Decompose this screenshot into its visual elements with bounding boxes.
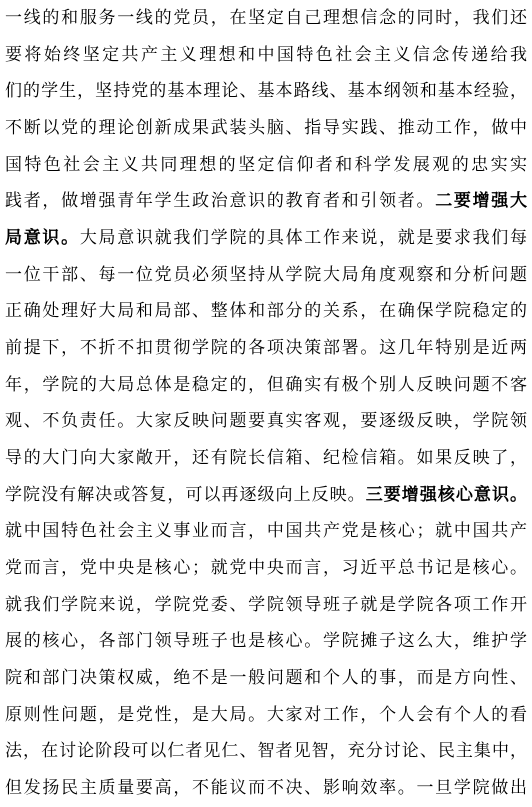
- text-segment: 大局意识就我们学院的具体工作来说，就是要求我们每: [80, 228, 527, 247]
- text-segment: 学院没有解决或答复，可以再逐级向上反映。: [5, 485, 366, 504]
- text-line: 们的学生，坚持党的基本理论、基本路线、基本纲领和基本经验，: [5, 73, 527, 110]
- text-segment: 践者，做增强青年学生政治意识的教育者和引领者。: [5, 191, 435, 210]
- text-line: 前提下，不折不扣贯彻学院的各项决策部署。这几年特别是近两: [5, 330, 527, 367]
- text-segment: 导的大门向大家敞开，还有院长信箱、纪检信箱。如果反映了，: [5, 448, 527, 467]
- text-segment: 原则性问题，是党性，是大局。大家对工作，个人会有个人的看: [5, 705, 527, 724]
- text-line: 局意识。大局意识就我们学院的具体工作来说，就是要求我们每: [5, 220, 527, 257]
- text-line: 要将始终坚定共产主义理想和中国特色社会主义信念传递给我: [5, 37, 527, 74]
- text-line: 一位干部、每一位党员必须坚持从学院大局角度观察和分析问题: [5, 257, 527, 294]
- text-line: 院和部门决策权威，绝不是一般问题和个人的事，而是方向性、: [5, 660, 527, 697]
- text-segment: 不断以党的理论创新成果武装头脑、指导实践、推动工作，做中: [5, 118, 527, 137]
- text-line: 党而言，党中央是核心；就党中央而言，习近平总书记是核心。: [5, 550, 527, 587]
- text-segment: 一线的和服务一线的党员，在坚定自己理想信念的同时，我们还: [5, 8, 527, 27]
- text-line: 原则性问题，是党性，是大局。大家对工作，个人会有个人的看: [5, 697, 527, 734]
- text-segment: 院和部门决策权威，绝不是一般问题和个人的事，而是方向性、: [5, 668, 527, 687]
- text-segment: 们的学生，坚持党的基本理论、基本路线、基本纲领和基本经验，: [5, 81, 527, 100]
- bold-text-segment: 二要增强大: [435, 191, 527, 210]
- text-segment: 党而言，党中央是核心；就党中央而言，习近平总书记是核心。: [5, 558, 527, 577]
- text-segment: 要将始终坚定共产主义理想和中国特色社会主义信念传递给我: [5, 45, 527, 64]
- text-line: 就中国特色社会主义事业而言，中国共产党是核心；就中国共产: [5, 513, 527, 550]
- text-segment: 法，在讨论阶段可以仁者见仁、智者见智，充分讨论、民主集中，: [5, 741, 527, 760]
- text-line: 导的大门向大家敞开，还有院长信箱、纪检信箱。如果反映了，: [5, 440, 527, 477]
- text-segment: 展的核心，各部门领导班子也是核心。学院摊子这么大，维护学: [5, 631, 527, 650]
- text-line: 不断以党的理论创新成果武装头脑、指导实践、推动工作，做中: [5, 110, 527, 147]
- text-segment: 前提下，不折不扣贯彻学院的各项决策部署。这几年特别是近两: [5, 338, 527, 357]
- text-line: 国特色社会主义共同理想的坚定信仰者和科学发展观的忠实实: [5, 147, 527, 184]
- text-line: 观、不负责任。大家反映问题要真实客观，要逐级反映，学院领: [5, 403, 527, 440]
- text-line: 就我们学院来说，学院党委、学院领导班子就是学院各项工作开: [5, 587, 527, 624]
- document-page: 一线的和服务一线的党员，在坚定自己理想信念的同时，我们还要将始终坚定共产主义理想…: [0, 0, 532, 807]
- text-segment: 但发扬民主质量要高，不能议而不决、影响效率。一旦学院做出: [5, 778, 527, 797]
- text-segment: 正确处理好大局和局部、整体和部分的关系，在确保学院稳定的: [5, 301, 527, 320]
- text-segment: 年，学院的大局总体是稳定的，但确实有极个别人反映问题不客: [5, 375, 527, 394]
- text-line: 正确处理好大局和局部、整体和部分的关系，在确保学院稳定的: [5, 293, 527, 330]
- text-line: 法，在讨论阶段可以仁者见仁、智者见智，充分讨论、民主集中，: [5, 733, 527, 770]
- text-segment: 就我们学院来说，学院党委、学院领导班子就是学院各项工作开: [5, 595, 527, 614]
- text-line: 学院没有解决或答复，可以再逐级向上反映。三要增强核心意识。: [5, 477, 527, 514]
- text-line: 一线的和服务一线的党员，在坚定自己理想信念的同时，我们还: [5, 0, 527, 37]
- text-line: 践者，做增强青年学生政治意识的教育者和引领者。二要增强大: [5, 183, 527, 220]
- bold-text-segment: 三要增强核心意识。: [366, 485, 527, 504]
- text-line: 但发扬民主质量要高，不能议而不决、影响效率。一旦学院做出: [5, 770, 527, 807]
- bold-text-segment: 局意识。: [5, 228, 80, 247]
- text-segment: 观、不负责任。大家反映问题要真实客观，要逐级反映，学院领: [5, 411, 527, 430]
- text-segment: 国特色社会主义共同理想的坚定信仰者和科学发展观的忠实实: [5, 155, 527, 174]
- text-segment: 一位干部、每一位党员必须坚持从学院大局角度观察和分析问题: [5, 265, 527, 284]
- text-line: 年，学院的大局总体是稳定的，但确实有极个别人反映问题不客: [5, 367, 527, 404]
- text-segment: 就中国特色社会主义事业而言，中国共产党是核心；就中国共产: [5, 521, 527, 540]
- text-line: 展的核心，各部门领导班子也是核心。学院摊子这么大，维护学: [5, 623, 527, 660]
